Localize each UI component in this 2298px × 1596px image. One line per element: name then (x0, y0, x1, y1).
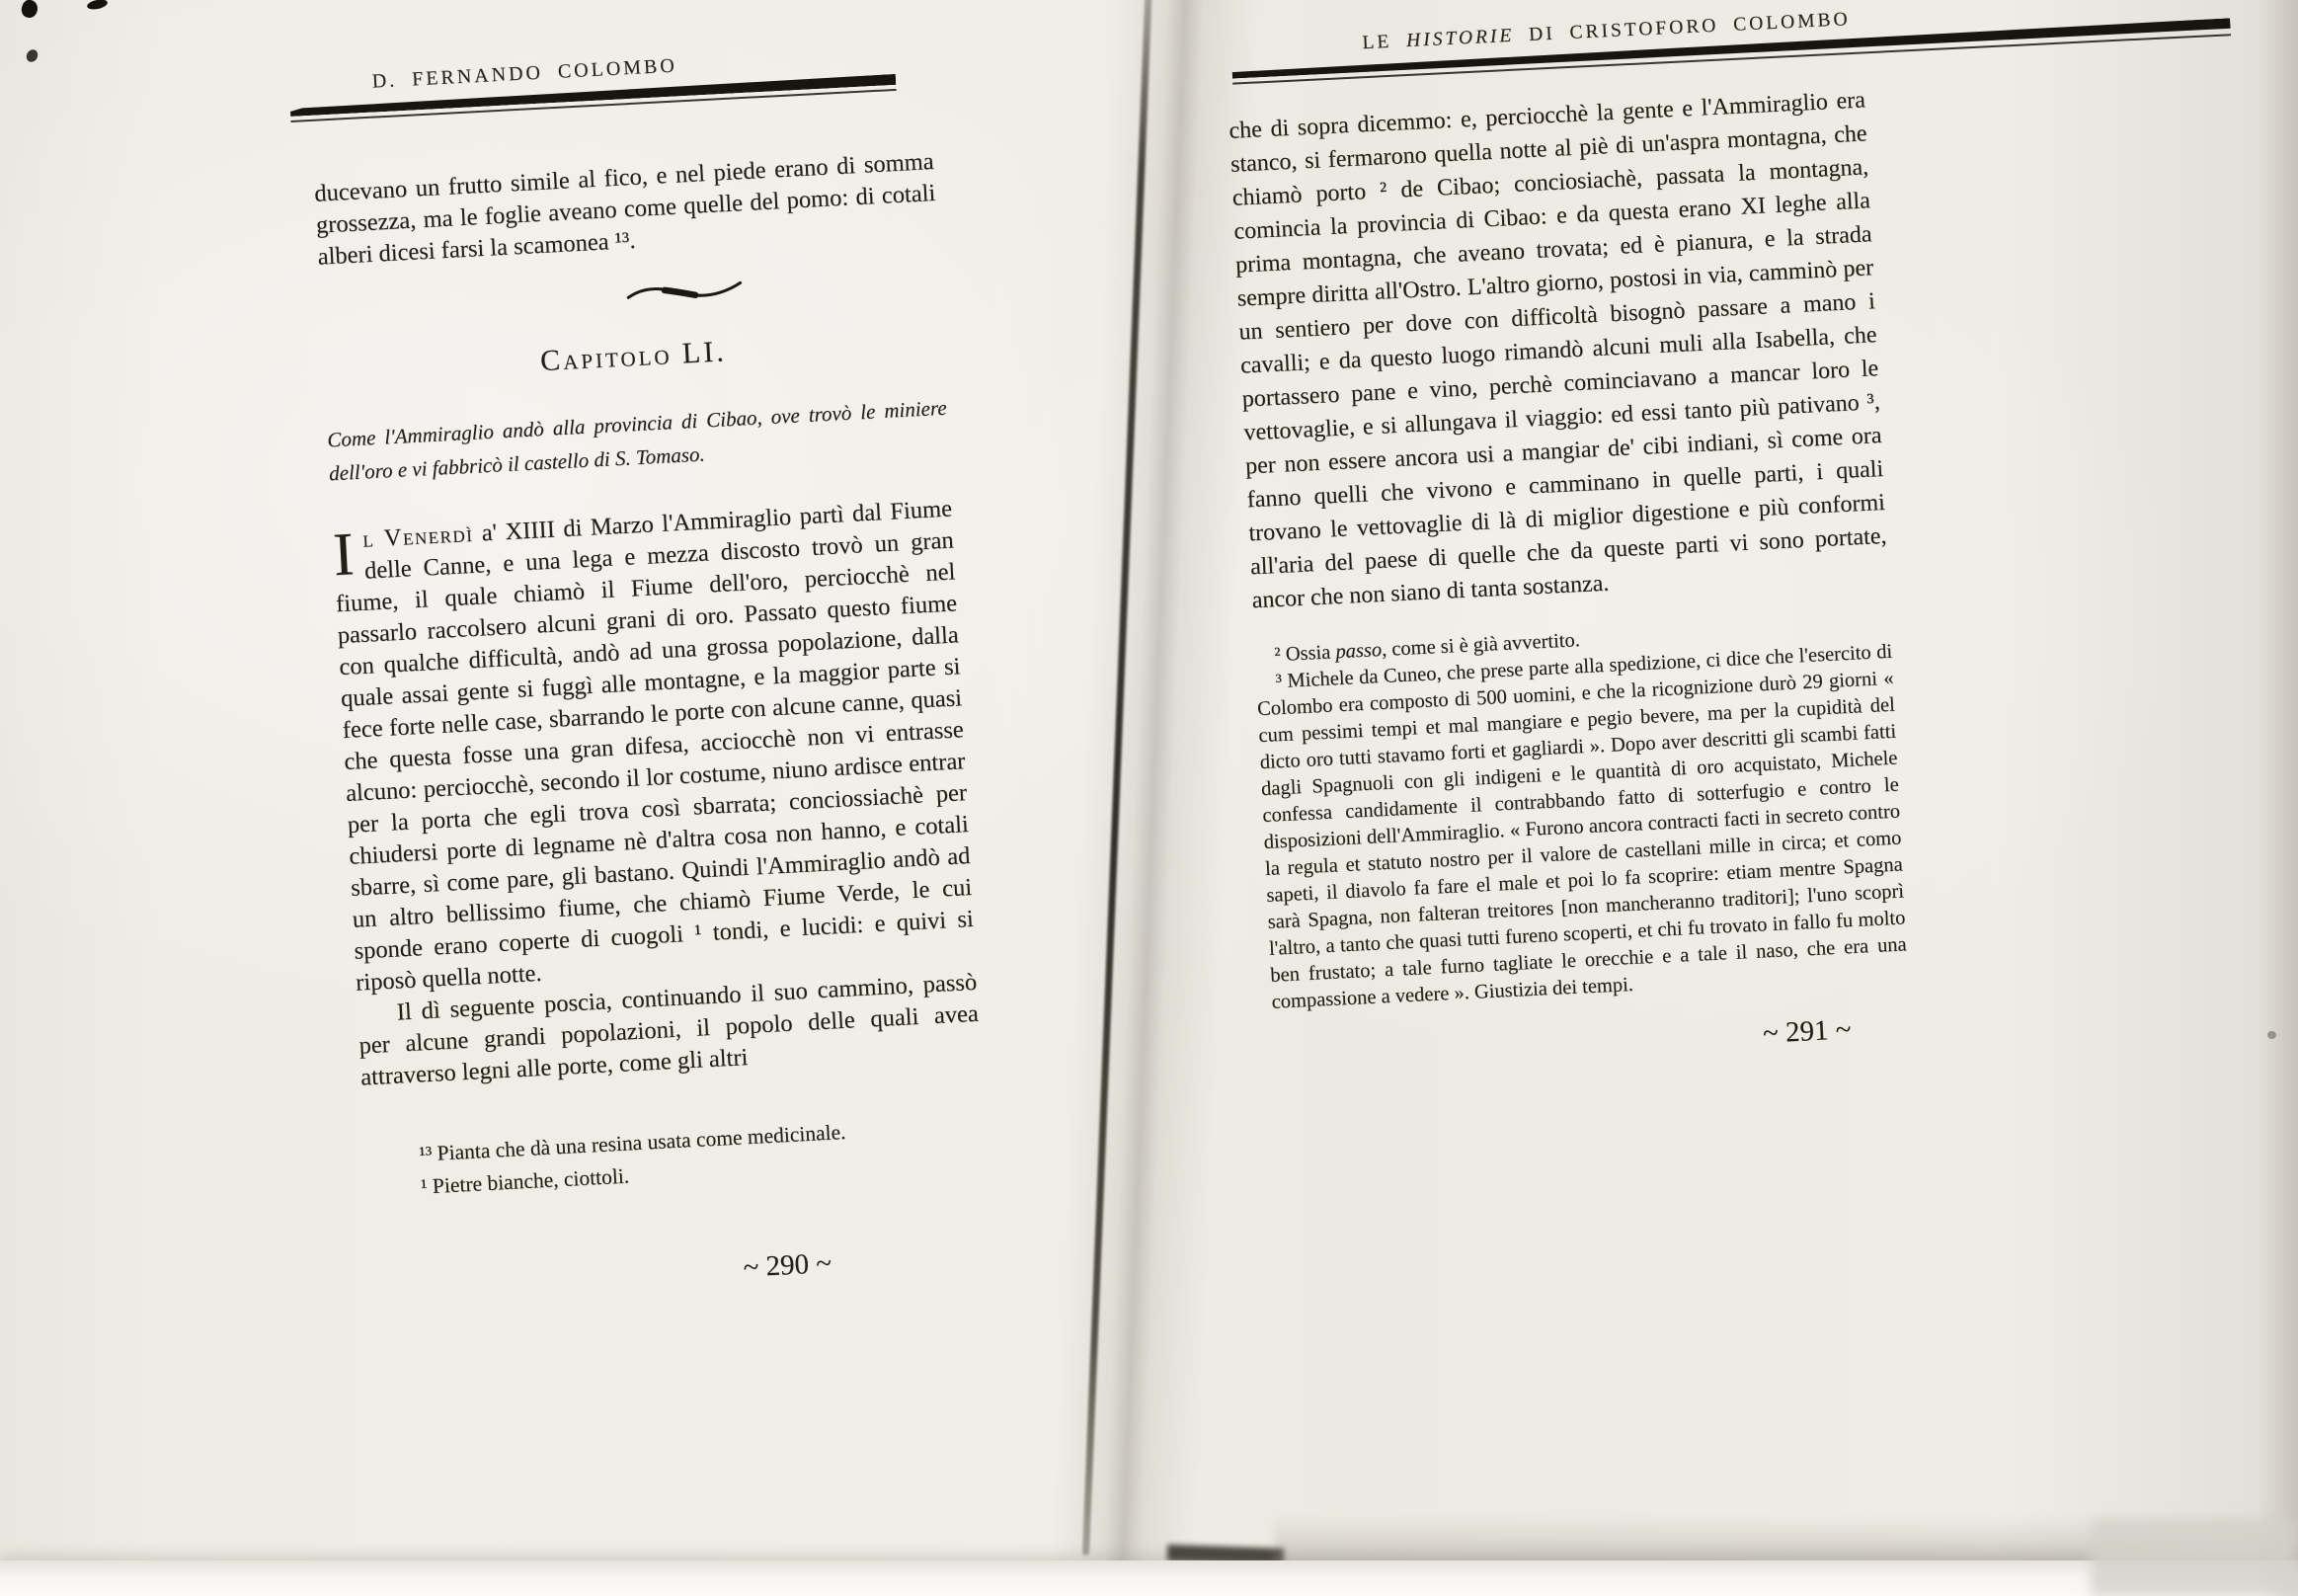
chapter-body-paragraph: Il Venerdì a' XIIII di Marzo l'Ammiragli… (332, 494, 976, 999)
ink-speck (20, 0, 40, 20)
right-paper-edge (2257, 0, 2298, 1596)
drop-cap: I (332, 524, 364, 581)
footnote-2-italic: passo (1335, 639, 1383, 663)
section-divider (374, 264, 995, 322)
footnotes-left: ¹³ Pianta che dà una resina usata come m… (419, 1109, 988, 1204)
page-number-right: ~ 291 ~ (1274, 1010, 1912, 1074)
running-head-prefix: LE (1362, 31, 1407, 53)
footnotes-right: ² Ossia passo, come si è già avvertito. … (1254, 612, 1909, 1016)
running-head-italic: HISTORIE (1406, 26, 1515, 51)
chapter-argument: Come l'Ammiraglio andò alla provincia di… (327, 391, 950, 491)
footnote-2-prefix: Ossia (1280, 641, 1336, 666)
right-page: LE HISTORIE DI CRISTOFORO COLOMBO che di… (1225, 8, 1911, 1074)
bottom-right-corner-shade (2091, 1519, 2298, 1596)
main-paragraph: che di sopra dicemmo: e, perciocchè la g… (1228, 83, 1889, 617)
ink-speck (2267, 1031, 2276, 1039)
lead-small-caps: l Venerdì (362, 520, 474, 553)
book-gutter-shadow (1049, 0, 1262, 1592)
book-spread-scan: D. FERNANDO COLOMBO ducevano un frutto s… (0, 0, 2298, 1596)
chapter-body-text: a' XIIII di Marzo l'Ammiraglio partì dal… (335, 496, 974, 997)
ink-speck (86, 0, 108, 11)
section-divider-ornament (625, 277, 745, 306)
continuation-paragraph: ducevano un frutto simile al fico, e nel… (314, 146, 938, 274)
left-page: D. FERNANDO COLOMBO ducevano un frutto s… (308, 41, 991, 1304)
ink-speck (24, 47, 40, 64)
scan-bottom-band (0, 1560, 2298, 1596)
chapter-heading: Capitolo LI. (323, 324, 944, 390)
page-number-left: ~ 290 ~ (371, 1238, 992, 1304)
footnote-3: ³ Michele da Cuneo, che prese parte alla… (1255, 639, 1908, 1016)
